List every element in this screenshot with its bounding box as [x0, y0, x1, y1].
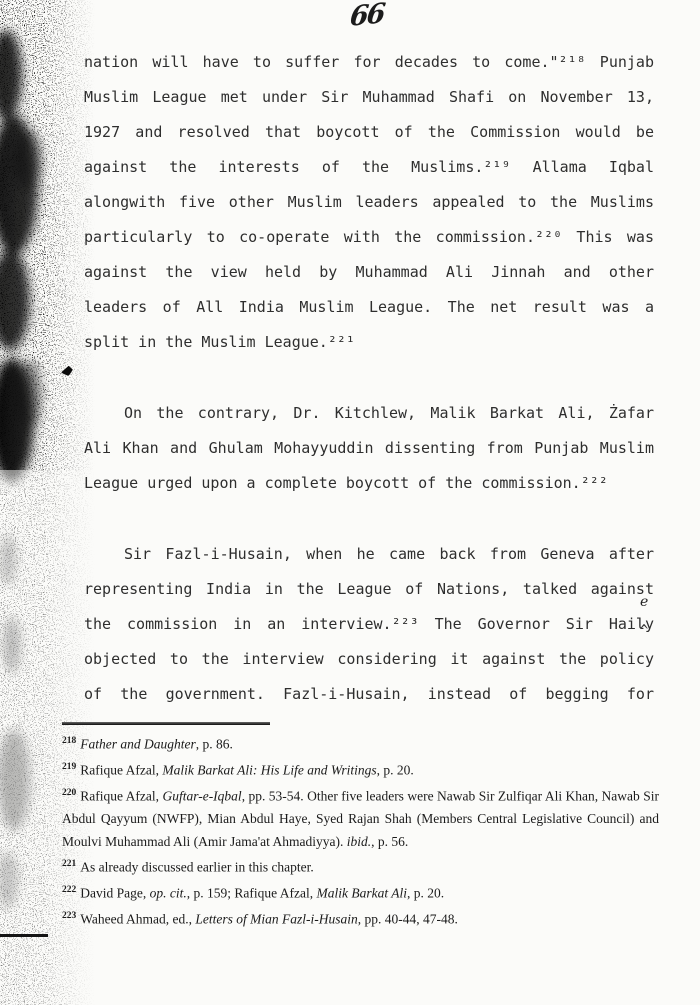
footnote: 220Rafique Afzal, Guftar-e-Iqbal, pp. 53…	[62, 782, 659, 853]
footnote-title-italic: Malik Barkat Ali: His Life and Writings	[162, 763, 376, 778]
body-text-line: leaders of All India Muslim League. The …	[84, 290, 654, 325]
body-text-line: Muslim League met under Sir Muhammad Sha…	[84, 80, 654, 115]
footnote: 222David Page, op. cit., p. 159; Rafique…	[62, 879, 659, 905]
footnote: 219Rafique Afzal, Malik Barkat Ali: His …	[62, 756, 659, 782]
footnotes-block: 218Father and Daughter, p. 86.219Rafique…	[62, 730, 659, 931]
footnote-marker: 219	[62, 762, 76, 772]
body-text-line: 1927 and resolved that boycott of the Co…	[84, 115, 654, 150]
footnote-separator	[62, 722, 270, 725]
ink-blot-artifact	[60, 365, 73, 377]
footnote-text: As already discussed earlier in this cha…	[80, 860, 314, 875]
footnote-text: , pp. 40-44, 47-48.	[358, 912, 458, 927]
footnote-marker: 222	[62, 885, 76, 895]
body-text-line: of the government. Fazl-i-Husain, instea…	[84, 677, 654, 712]
footnote-text: , p. 86.	[196, 737, 233, 752]
footnote-marker: 218	[62, 736, 76, 746]
page-number: 66	[348, 0, 385, 33]
body-text-line: representing India in the League of Nati…	[84, 572, 654, 607]
body-text-line: against the interests of the Muslims.²¹⁹…	[84, 150, 654, 185]
body-text-line: League urged upon a complete boycott of …	[84, 466, 654, 501]
footnote-text: , p. 20.	[407, 886, 444, 901]
footnote-title-italic: Letters of Mian Fazl-i-Husain	[195, 912, 357, 927]
footnote-text: , p. 159; Rafique Afzal,	[187, 886, 317, 901]
handwritten-correction-letter: e	[640, 594, 648, 610]
body-text-line: split in the Muslim League.²²¹	[84, 325, 654, 360]
footnote: 218Father and Daughter, p. 86.	[62, 730, 659, 756]
body-text: nation will have to suffer for decades t…	[84, 45, 654, 712]
footnote-text: , p. 56.	[371, 834, 408, 849]
body-text-line: objected to the interview considering it…	[84, 642, 654, 677]
footnote-marker: 221	[62, 859, 76, 869]
footnote-text: David Page,	[80, 886, 149, 901]
footnote-marker: 220	[62, 788, 76, 798]
body-text-line: the commission in an interview.²²³ The G…	[84, 607, 654, 642]
body-text-line: On the contrary, Dr. Kitchlew, Malik Bar…	[84, 396, 654, 431]
footnote-title-italic: op. cit.	[150, 886, 187, 901]
body-text-line: alongwith five other Muslim leaders appe…	[84, 185, 654, 220]
footnote: 223Waheed Ahmad, ed., Letters of Mian Fa…	[62, 905, 659, 931]
insertion-caret-mark: ^	[639, 622, 649, 640]
footnote-text: Waheed Ahmad, ed.,	[80, 912, 195, 927]
body-text-line: Sir Fazl-i-Husain, when he came back fro…	[84, 537, 654, 572]
footnote-text: Rafique Afzal,	[80, 789, 162, 804]
footnote-title-italic: Malik Barkat Ali	[316, 886, 407, 901]
footnote-marker: 223	[62, 911, 76, 921]
body-text-line: Ali Khan and Ghulam Mohayyuddin dissenti…	[84, 431, 654, 466]
body-text-line: against the view held by Muhammad Ali Ji…	[84, 255, 654, 290]
footnote-text: Rafique Afzal,	[80, 763, 162, 778]
footnote-text: , p. 20.	[377, 763, 414, 778]
body-text-line: particularly to co-operate with the comm…	[84, 220, 654, 255]
body-text-line: nation will have to suffer for decades t…	[84, 45, 654, 80]
footnote: 221As already discussed earlier in this …	[62, 853, 659, 879]
scanned-document-page: 66 nation will have to suffer for decade…	[0, 0, 700, 1005]
footnote-title-italic: ibid.	[347, 834, 371, 849]
footnote-title-italic: Father and Daughter	[80, 737, 196, 752]
footnote-title-italic: Guftar-e-Iqbal	[162, 789, 241, 804]
scan-line-artifact	[0, 934, 48, 937]
